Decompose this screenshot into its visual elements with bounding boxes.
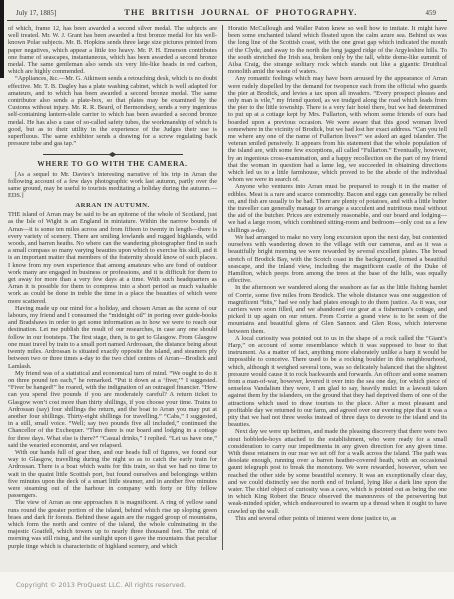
paragraph: Horatio McCullough and Waller Paton knew…	[228, 25, 447, 75]
paragraph: We had arranged to make no very long exc…	[228, 234, 447, 284]
paragraph: THE island of Arran may be said to be an…	[8, 211, 217, 305]
proquest-footer: Copyright © 2013 ProQuest LLC. All right…	[0, 572, 454, 589]
paragraph: A local curiosity was pointed out to us …	[228, 335, 447, 429]
right-column-paragraphs: Horatio McCullough and Waller Paton knew…	[228, 25, 447, 522]
copyright-notice: Copyright © 2013 ProQuest LLC. All right…	[16, 581, 186, 589]
paragraph: This and several other points of interes…	[228, 515, 447, 522]
issue-date: July 17, 1885]	[16, 9, 56, 17]
editors-note: [As a sequel to Mr. Davies’s interesting…	[8, 171, 217, 199]
page-number: 459	[426, 9, 437, 17]
paragraph: In the afternoon we wandered along the s…	[228, 284, 447, 334]
paragraph: Any romantic feelings which may have bee…	[228, 75, 447, 183]
section-heading: WHERE TO GO WITH THE CAMERA.	[8, 160, 217, 167]
paragraph: With our hands full of gear then, and ou…	[8, 449, 217, 499]
page-header: July 17, 1885] THE BRITISH JOURNAL OF PH…	[0, 0, 454, 20]
paragraph: Anyone who ventures into Arran must be p…	[228, 183, 447, 233]
paragraph: Next day we were up betimes, and made th…	[228, 428, 447, 514]
paragraph: “Appliances, &c.—Mr. G. Atkinson sends a…	[8, 75, 217, 147]
journal-page-scan: July 17, 1885] THE BRITISH JOURNAL OF PH…	[0, 0, 454, 572]
right-column: Horatio McCullough and Waller Paton knew…	[223, 25, 447, 550]
article-subheading: ARRAN IN AUTUMN.	[8, 202, 217, 209]
article-paragraphs: THE island of Arran may be said to be an…	[8, 211, 217, 550]
journal-title: THE BRITISH JOURNAL OF PHOTOGRAPHY.	[124, 7, 357, 17]
divider-diamond-icon	[109, 152, 117, 157]
left-column: of which, frame 12, has been awarded a s…	[8, 25, 222, 550]
intro-paragraphs: of which, frame 12, has been awarded a s…	[8, 25, 217, 147]
two-column-body: of which, frame 12, has been awarded a s…	[0, 21, 454, 550]
paragraph: My friend was of a statistical and econo…	[8, 370, 217, 449]
paragraph: of which, frame 12, has been awarded a s…	[8, 25, 217, 75]
paragraph: Having made up our mind for a holiday, a…	[8, 305, 217, 370]
paragraph: The view of Arran as one approaches it i…	[8, 499, 217, 549]
section-divider	[43, 151, 183, 157]
scan-edge-artifact	[0, 0, 4, 78]
